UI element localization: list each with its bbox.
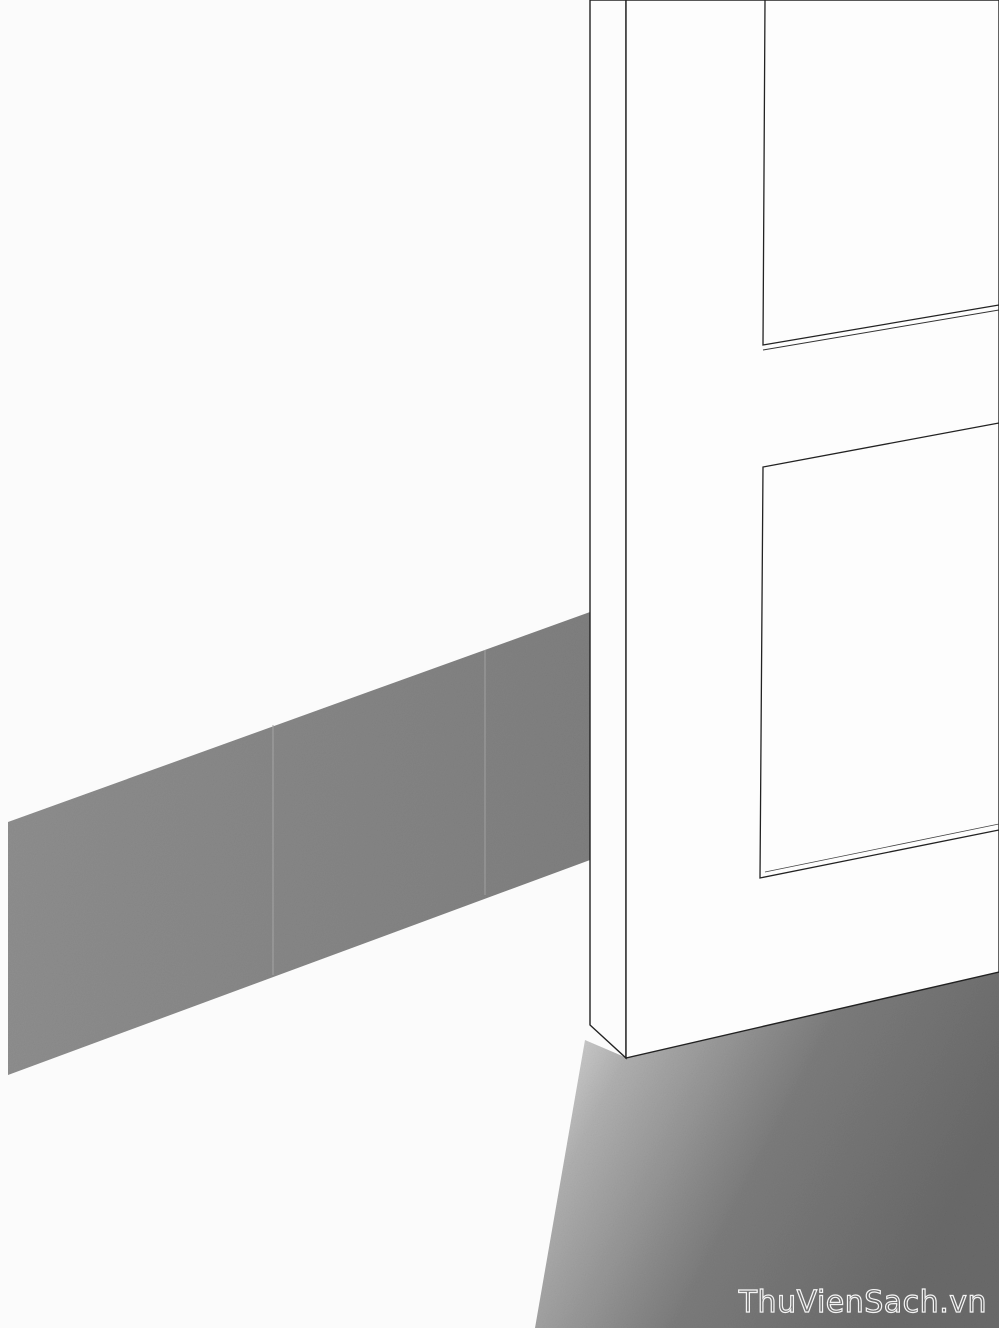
watermark: ThuVienSach.vn [739,1285,987,1320]
manga-panel: ThuVienSach.vn [0,0,999,1328]
door-edge [590,0,626,1058]
door-illustration [0,0,999,1328]
door-face [626,0,999,1058]
wall-shadow [8,612,590,1075]
